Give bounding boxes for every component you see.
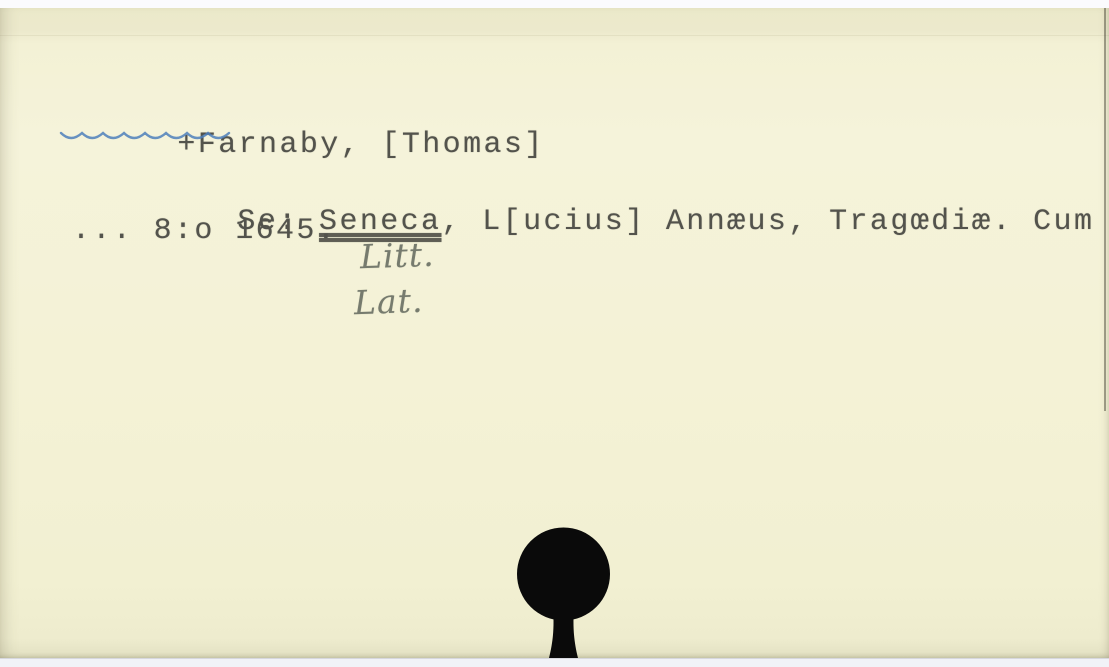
scanner-background-bottom-strip [0,658,1109,667]
catalog-card: +Farnaby, [Thomas] Se: Seneca, L[ucius] … [0,8,1109,658]
handwritten-annotation-litt: Litt. [359,235,435,277]
card-top-edge-line [0,35,1109,36]
wavy-underline-icon [59,129,231,145]
reference-post: , L[ucius] Annæus, Tragœdiæ. Cum notis [441,205,1109,239]
continuation-line: ... 8:o 1645. [72,214,337,248]
punch-hole-icon [505,526,621,667]
scanned-catalog-card-page: +Farnaby, [Thomas] Se: Seneca, L[ucius] … [0,0,1109,667]
heading-author-forename: [Thomas] [361,128,545,162]
reference-underlined-name: Seneca [319,205,441,239]
handwritten-annotation-lat: Lat. [353,281,424,322]
